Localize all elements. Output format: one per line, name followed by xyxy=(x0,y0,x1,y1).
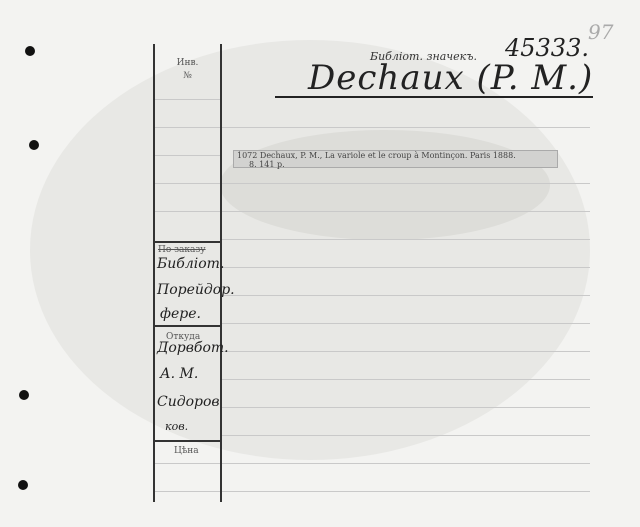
section-divider xyxy=(155,440,221,442)
from-line-4: ков. xyxy=(165,420,188,433)
ruled-line xyxy=(155,155,220,156)
ruled-line xyxy=(155,211,220,212)
column-border-right xyxy=(220,44,222,502)
ruled-line xyxy=(222,323,590,324)
from-line-3: Сидоров xyxy=(157,394,220,410)
ruled-line xyxy=(222,183,590,184)
author-heading: Dechaux (P. M.) xyxy=(308,58,593,98)
inventory-label: Инв. № xyxy=(155,57,220,83)
ruled-line xyxy=(222,491,590,492)
water-stain xyxy=(220,130,550,240)
punch-hole xyxy=(25,46,35,56)
catalog-entry-clipping: 1072 Dechaux, P. M., La variole et le cr… xyxy=(233,150,558,168)
ruled-line xyxy=(155,99,220,100)
section-divider xyxy=(155,325,221,327)
ruled-line xyxy=(155,183,220,184)
entry-line-2: 8. 141 p. xyxy=(237,161,554,170)
column-border-left xyxy=(153,44,155,502)
author-underline xyxy=(275,96,593,98)
price-label: Цѣна xyxy=(174,446,199,456)
ruled-line xyxy=(222,239,590,240)
punch-hole xyxy=(18,480,28,490)
inv-text: Инв. xyxy=(155,57,220,70)
ruled-line xyxy=(155,127,220,128)
ruled-line xyxy=(222,211,590,212)
by-order-line-2: Порейдор. xyxy=(157,282,235,298)
catalog-card: Инв. № Библіот. значекъ. 45333. 97 Decha… xyxy=(0,0,640,527)
ruled-line xyxy=(222,463,590,464)
by-order-line-3: фере. xyxy=(160,306,201,322)
ruled-line xyxy=(222,379,590,380)
ruled-line xyxy=(222,267,590,268)
corner-number: 97 xyxy=(588,20,613,44)
ruled-line xyxy=(222,127,590,128)
by-order-label: По заказу xyxy=(158,245,206,255)
section-divider xyxy=(155,241,221,243)
ruled-line xyxy=(222,295,590,296)
water-stain xyxy=(30,40,590,460)
from-line-2: А. М. xyxy=(160,366,198,382)
inv-number-sign: № xyxy=(155,70,220,83)
ruled-line xyxy=(222,407,590,408)
from-line-1: Дорвбот. xyxy=(157,340,229,356)
punch-hole xyxy=(19,390,29,400)
punch-hole xyxy=(29,140,39,150)
ruled-line xyxy=(222,351,590,352)
ruled-line xyxy=(155,491,220,492)
ruled-line xyxy=(222,435,590,436)
ruled-line xyxy=(155,463,220,464)
by-order-line-1: Библіот. xyxy=(157,256,224,272)
